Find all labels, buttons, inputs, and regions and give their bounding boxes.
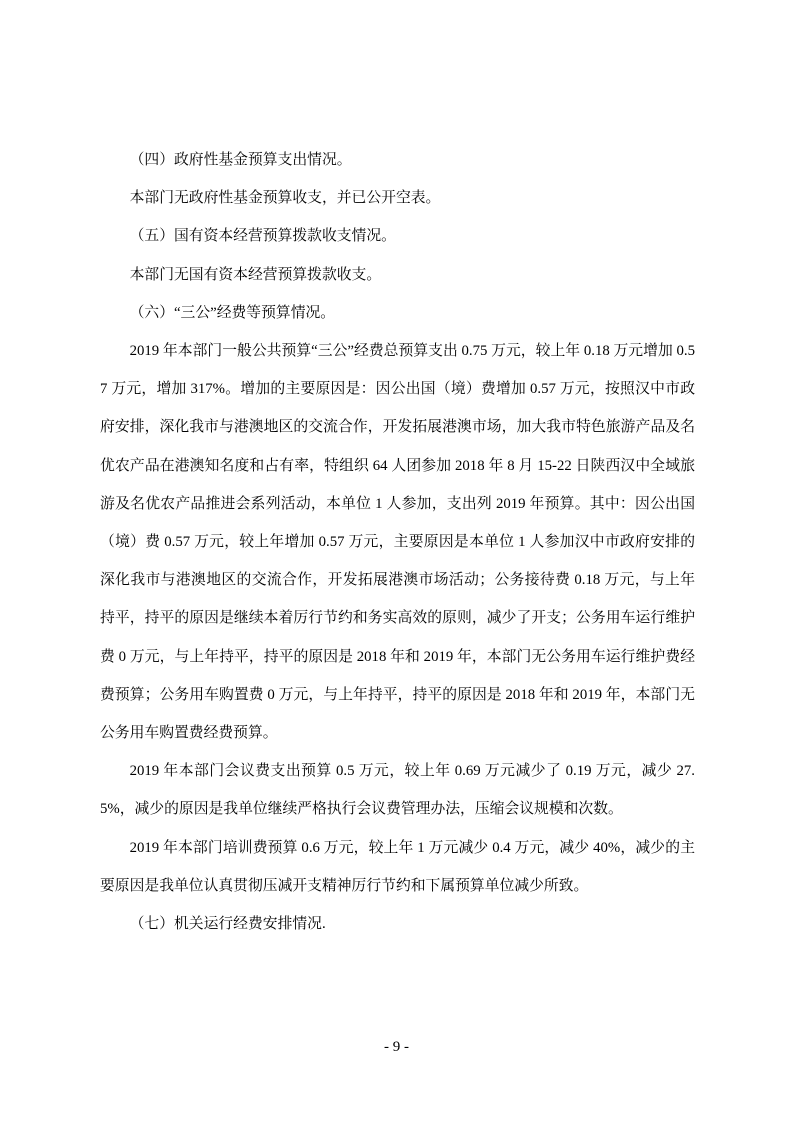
section-heading-6: （六）“三公”经费等预算情况。	[100, 294, 695, 332]
paragraph-three-public-expenses: 2019 年本部门一般公共预算“三公”经费总预算支出 0.75 万元，较上年 0…	[100, 332, 695, 752]
document-page: （四）政府性基金预算支出情况。 本部门无政府性基金预算收支，并已公开空表。 （五…	[0, 0, 793, 1122]
paragraph-training-fee: 2019 年本部门培训费预算 0.6 万元，较上年 1 万元减少 0.4 万元，…	[100, 829, 695, 905]
paragraph-gov-fund-budget: 本部门无政府性基金预算收支，并已公开空表。	[100, 179, 695, 217]
document-body: （四）政府性基金预算支出情况。 本部门无政府性基金预算收支，并已公开空表。 （五…	[100, 141, 695, 943]
section-heading-5: （五）国有资本经营预算拨款收支情况。	[100, 217, 695, 255]
page-number: - 9 -	[0, 1038, 793, 1056]
paragraph-state-capital-budget: 本部门无国有资本经营预算拨款收支。	[100, 256, 695, 294]
section-heading-7: （七）机关运行经费安排情况.	[100, 905, 695, 943]
paragraph-meeting-fee: 2019 年本部门会议费支出预算 0.5 万元，较上年 0.69 万元减少了 0…	[100, 752, 695, 828]
section-heading-4: （四）政府性基金预算支出情况。	[100, 141, 695, 179]
